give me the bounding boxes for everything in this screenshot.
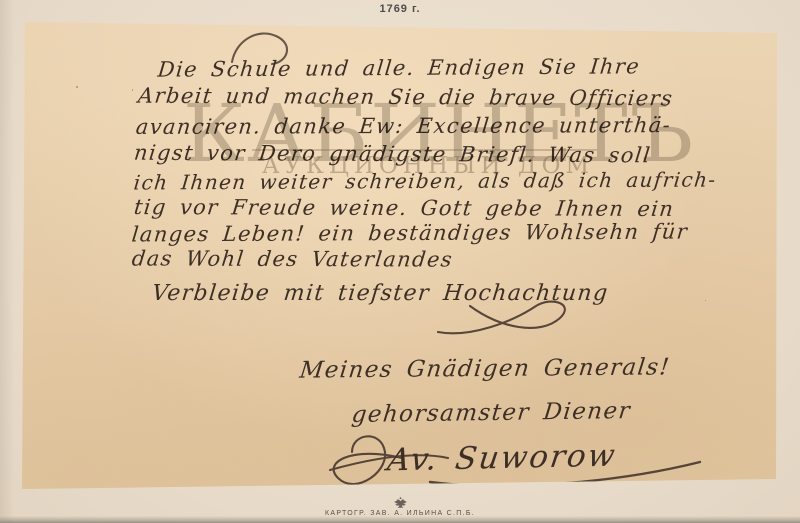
handwritten-line: avanciren. danke Ew: Excellence unterthä… (135, 113, 673, 139)
handwritten-line: nigst vor Dero gnädigste Briefl. Was sol… (133, 141, 653, 168)
valediction-line: Meines Gnädigen Generals! (298, 354, 671, 383)
left-edge-shadow (0, 0, 14, 523)
handwritten-line: das Wohl des Vaterlandes (131, 246, 455, 271)
closing-line: Verbleibe mit tiefster Hochachtung (151, 281, 610, 306)
handwritten-line: langes Leben! ein beständiges Wohlsehn f… (131, 220, 690, 247)
valediction-line: gehorsamster Diener (350, 398, 632, 428)
handwritten-line: tig vor Freude weine. Gott gebe Ihnen ei… (133, 195, 676, 221)
bottom-photo-edge (0, 516, 800, 523)
signature-text: Av. Suworow (385, 438, 619, 479)
handwritten-line: Arbeit und machen Sie die brave Officier… (137, 84, 675, 111)
year-caption: 1769 г. (0, 3, 800, 15)
double-headed-eagle-icon (394, 497, 407, 509)
publisher-block: КАРТОГР. ЗАВ. А. ИЛЬИНА С.П.Б. (0, 497, 800, 517)
handwritten-line: Die Schule und alle. Endigen Sie Ihre (157, 54, 642, 81)
age-speck (76, 86, 78, 88)
age-speck (705, 300, 706, 301)
age-speck (132, 89, 133, 91)
facsimile-photo-page: 1769 г. Die Schule und alle. Endigen Sie… (0, 0, 800, 523)
letter-sheet: Die Schule und alle. Endigen Sie Ihre Ar… (0, 0, 800, 523)
handwritten-line: ich Ihnen weiter schreiben, als daß ich … (133, 167, 718, 194)
